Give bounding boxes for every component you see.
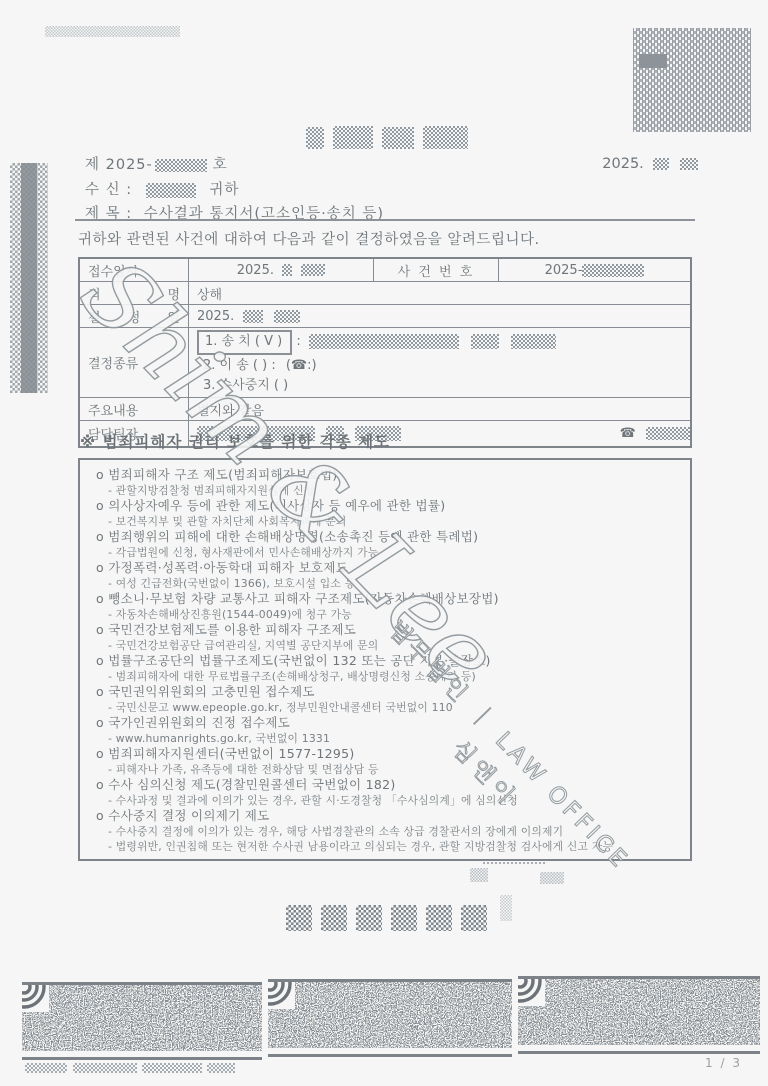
program-main: o 범죄피해자 구조 제도(범죄피해자보호법) — [96, 467, 680, 483]
redaction-block — [639, 54, 667, 68]
redacted-date-day — [680, 158, 698, 170]
program-main: o 국민건강보험제도를 이용한 피해자 구조제도 — [96, 622, 680, 638]
program-item: o 가정폭력·성폭력·아동학대 피해자 보호제도 - 여성 긴급전화(국번없이 … — [96, 560, 680, 591]
decision-option-2-text: 2. 이 송 ( ) : — [203, 358, 276, 373]
program-sub: - 국민신문고 www.epeople.go.kr, 정부민원안내콜센터 국번없… — [96, 700, 680, 715]
program-main: o 가정폭력·성폭력·아동학대 피해자 보호제도 — [96, 560, 680, 576]
summary-value: 별지와 같음 — [189, 398, 692, 421]
redaction-block — [471, 334, 499, 349]
program-main: o 범죄피해자지원센터(국번없이 1577-1295) — [96, 746, 680, 762]
program-main: o 국가인권위원회의 진정 접수제도 — [96, 715, 680, 731]
program-main: o 의사상자예우 등에 관한 제도(의사상자 등 예우에 관한 법률) — [96, 498, 680, 514]
table-row: 주요내용 별지와 같음 — [79, 398, 691, 421]
redacted-decision-day — [274, 310, 300, 323]
table-row: 결정종류 1. 송 치 ( V ) : 2. 이 송 ( ) : (☎:) 3.… — [79, 328, 691, 398]
redacted-date-month — [653, 158, 669, 170]
offense-value: 상해 — [189, 282, 692, 305]
decision-date-value: 2025. — [189, 305, 692, 328]
decision-type-label: 결정종류 — [79, 328, 189, 398]
arc-corner — [268, 982, 295, 1009]
redacted-doc-number — [155, 159, 207, 172]
offense-label: 죄 명 — [79, 282, 189, 305]
program-sub: - 자동차손해배상진흥원(1544-0049)에 청구 가능 — [96, 607, 680, 622]
phone-icon: ☎ — [620, 426, 636, 441]
program-sub: - 국민건강보험공단 급여관리실, 지역별 공단지부에 문의 — [96, 638, 680, 653]
case-number-prefix: 2025- — [545, 263, 583, 278]
doc-date-year: 2025. — [602, 156, 644, 172]
redacted-phone-number — [646, 427, 691, 440]
redacted-receipt-month — [282, 264, 292, 276]
redaction-block — [461, 905, 487, 931]
doc-number-prefix: 제 2025- — [85, 157, 153, 173]
recipient-label: 수 신 : — [85, 182, 132, 198]
decision-option-2-phone: (☎:) — [286, 358, 317, 373]
arc-icon — [22, 985, 49, 1012]
dotted-artifact — [483, 862, 545, 864]
summary-label: 주요내용 — [79, 398, 189, 421]
program-item: o 수사 심의신청 제도(경찰민원콜센터 국번없이 182) - 수사과정 및 … — [96, 777, 680, 808]
redacted-recipient-name — [146, 183, 196, 198]
doc-number-line: 제 2025-호 — [85, 153, 228, 174]
program-item: o 의사상자예우 등에 관한 제도(의사상자 등 예우에 관한 법률) - 보건… — [96, 498, 680, 529]
program-main: o 수사중지 결정 이의제기 제도 — [96, 808, 680, 824]
program-item: o 수사중지 결정 이의제기 제도 - 수사중지 결정에 이의가 있는 경우, … — [96, 808, 680, 854]
program-sub: - 피해자나 가족, 유족등에 대한 전화상담 및 면접상담 등 — [96, 762, 680, 777]
redacted-margin-band — [10, 163, 48, 393]
arc-corner — [518, 979, 545, 1006]
program-item: o 범죄행위의 피해에 대한 손해배상명령(소송촉진 등에 관한 특례법) - … — [96, 529, 680, 560]
scan-artifact — [470, 868, 488, 882]
colon: : — [296, 334, 300, 349]
redaction-block — [391, 905, 417, 931]
redaction-block — [426, 905, 452, 931]
program-item: o 법률구조공단의 법률구조제도(국번없이 132 또는 공단 지부·출장소) … — [96, 653, 680, 684]
program-sub: - 수사중지 결정에 이의가 있는 경우, 해당 사법경찰관의 소속 상급 경찰… — [96, 824, 680, 839]
program-item: o 국가인권위원회의 진정 접수제도 - www.humanrights.go.… — [96, 715, 680, 746]
decision-option-1-box: 1. 송 치 ( V ) — [197, 330, 292, 355]
table-row: 결 정 일 2025. — [79, 305, 691, 328]
program-item: o 범죄피해자 구조 제도(범죄피해자보호법) - 관할지방검찰청 범죄피해자지… — [96, 467, 680, 498]
subject-underline — [75, 219, 695, 221]
table-row: 죄 명 상해 — [79, 282, 691, 305]
program-sub: - 각급법원에 신청, 형사재판에서 민사손해배상까지 가능 — [96, 545, 680, 560]
scan-artifact — [540, 872, 564, 884]
redacted-send-destination — [309, 334, 459, 349]
receipt-date-value: 2025. — [189, 258, 374, 282]
redacted-agency-title — [306, 126, 468, 150]
page-number: 1 / 3 — [705, 1056, 742, 1070]
arc-icon — [518, 979, 545, 1006]
redaction-block — [511, 334, 556, 349]
program-main: o 수사 심의신청 제도(경찰민원콜센터 국번없이 182) — [96, 777, 680, 793]
redacted-fine-print — [25, 1057, 235, 1076]
arc-corner — [22, 985, 49, 1012]
program-sub: - 법령위반, 인권침해 또는 현저한 수사권 남용이라고 의심되는 경우, 관… — [96, 839, 680, 854]
case-number-label: 사 건 번 호 — [374, 258, 499, 282]
notice-title: ※ 범죄피해자 권리 보호를 위한 각종 제도 — [80, 430, 390, 452]
anticopy-pattern-block — [22, 982, 262, 1060]
decision-option-3-text: 3. 수사중지 ( ) — [203, 378, 288, 393]
scanned-document-page: 제 2025-호 2025. 수 신 : 귀하 제 목 : 수사결과 통지서(고… — [0, 0, 768, 1086]
program-main: o 법률구조공단의 법률구조제도(국번없이 132 또는 공단 지부·출장소) — [96, 653, 680, 669]
decision-option-2: 2. 이 송 ( ) : (☎:) — [197, 356, 682, 376]
victim-programs-box: o 범죄피해자 구조 제도(범죄피해자보호법) - 관할지방검찰청 범죄피해자지… — [78, 458, 692, 861]
program-sub: - 관할지방검찰청 범죄피해자지원실에 신청 — [96, 483, 680, 498]
receipt-year: 2025. — [237, 263, 274, 278]
redaction-block — [286, 905, 312, 931]
redaction-block — [356, 905, 382, 931]
redaction-block — [321, 905, 347, 931]
program-item: o 범죄피해자지원센터(국번없이 1577-1295) - 피해자나 가족, 유… — [96, 746, 680, 777]
program-main: o 뺑소니·무보험 차량 교통사고 피해자 구조제도(자동차손해배상보장법) — [96, 591, 680, 607]
decision-option-1: 1. 송 치 ( V ) : — [197, 329, 682, 356]
recipient-suffix: 귀하 — [209, 182, 239, 198]
intro-sentence: 귀하와 관련된 사건에 대하여 다음과 같이 결정하였음을 알려드립니다. — [78, 228, 540, 249]
program-sub: - 여성 긴급전화(국번없이 1366), 보호시설 입소 등 — [96, 576, 680, 591]
doc-number-suffix: 호 — [213, 157, 228, 173]
recipient-line: 수 신 : 귀하 — [85, 178, 239, 199]
redacted-stamp-block — [633, 28, 751, 132]
decision-table: 접수일시 2025. 사 건 번 호 2025- 죄 명 상해 결 정 일 20… — [78, 257, 692, 448]
arc-icon — [268, 982, 295, 1009]
decision-option-3: 3. 수사중지 ( ) — [197, 376, 682, 396]
program-main: o 국민권익위원회의 고충민원 접수제도 — [96, 684, 680, 700]
redacted-case-number — [582, 264, 644, 277]
receipt-date-label: 접수일시 — [79, 258, 189, 282]
program-sub: - 보건복지부 및 관할 자치단체 사회복지과에 문의 — [96, 514, 680, 529]
anticopy-pattern-block — [518, 976, 760, 1054]
program-item: o 국민권익위원회의 고충민원 접수제도 - 국민신문고 www.epeople… — [96, 684, 680, 715]
redacted-receipt-day — [301, 264, 325, 276]
redacted-agency-stamp — [286, 905, 496, 931]
decision-type-value: 1. 송 치 ( V ) : 2. 이 송 ( ) : (☎:) 3. 수사중지… — [189, 328, 692, 398]
decision-date-label: 결 정 일 — [79, 305, 189, 328]
case-number-value: 2025- — [499, 258, 692, 282]
anticopy-pattern-block — [268, 979, 512, 1057]
program-main: o 범죄행위의 피해에 대한 손해배상명령(소송촉진 등에 관한 특례법) — [96, 529, 680, 545]
redacted-header-text — [45, 26, 180, 37]
table-row: 접수일시 2025. 사 건 번 호 2025- — [79, 258, 691, 282]
decision-year: 2025. — [197, 309, 234, 324]
program-sub: - www.humanrights.go.kr, 국번없이 1331 — [96, 731, 680, 746]
doc-date: 2025. — [602, 156, 698, 172]
program-sub: - 범죄피해자에 대한 무료법률구조(손해배상청구, 배상명령신청 소송대리 등… — [96, 669, 680, 684]
program-sub: - 수사과정 및 결과에 이의가 있는 경우, 관할 시·도경찰청 「수사심의계… — [96, 793, 680, 808]
scan-artifact — [500, 895, 512, 921]
program-item: o 뺑소니·무보험 차량 교통사고 피해자 구조제도(자동차손해배상보장법) -… — [96, 591, 680, 622]
program-item: o 국민건강보험제도를 이용한 피해자 구조제도 - 국민건강보험공단 급여관리… — [96, 622, 680, 653]
redacted-decision-month — [243, 310, 263, 323]
